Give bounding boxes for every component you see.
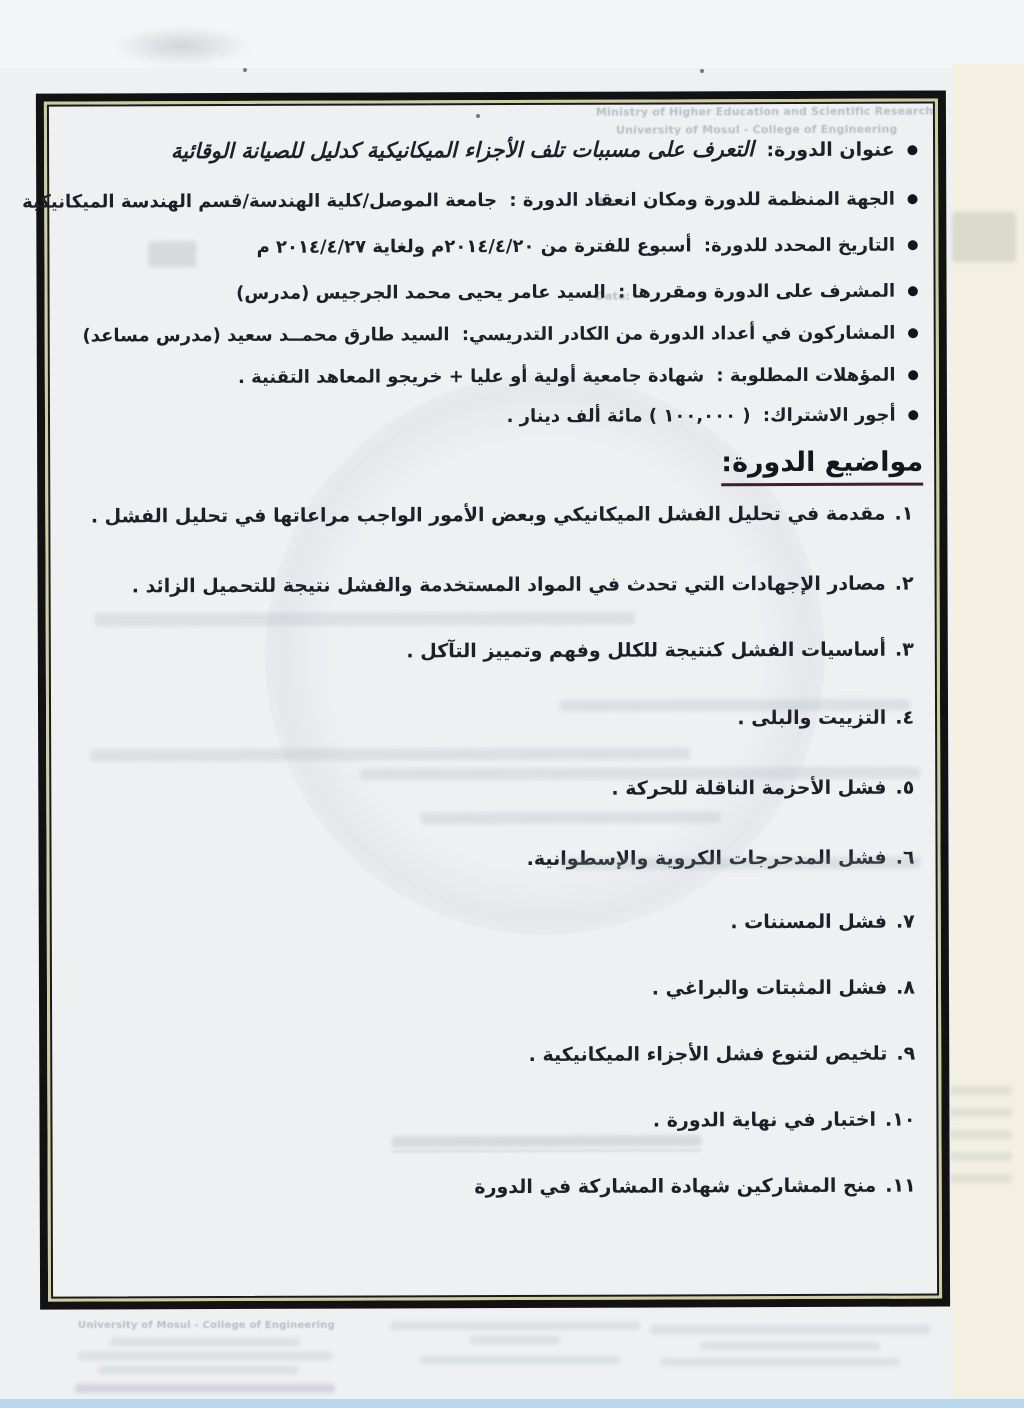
margin-check-row xyxy=(950,1174,1012,1183)
scan-edge-bottom xyxy=(0,1399,1024,1408)
bullet-label: المشرف على الدورة ومقررها : xyxy=(618,281,895,303)
bullet-icon: ● xyxy=(907,284,918,299)
topic-text: اختبار في نهاية الدورة . xyxy=(653,1109,876,1132)
topic-item: ٧.فشل المسننات . xyxy=(69,911,915,936)
bleedthrough-smudge xyxy=(390,1322,640,1330)
bullet-text: السيد عامر يحيى محمد الجرجيس (مدرس) xyxy=(236,282,606,304)
bullet-item-supervisor: ●المشرف على الدورة ومقررها : السيد عامر … xyxy=(67,281,919,305)
topic-text: فشل الأحزمة الناقلة للحركة . xyxy=(611,777,886,800)
bullet-label: المشاركون في أعداد الدورة من الكادر التد… xyxy=(462,323,896,346)
topic-number: ١٠. xyxy=(885,1109,915,1131)
scanned-document-page: Ministry of Higher Education and Scienti… xyxy=(0,0,1024,1408)
bleedthrough-smudge xyxy=(392,1135,702,1147)
topic-item: ٢.مصادر الإجهادات التي تحدث في المواد ال… xyxy=(68,573,914,598)
topic-number: ٢. xyxy=(895,573,914,595)
topic-number: ٣. xyxy=(895,639,914,661)
bleedthrough-digits-row xyxy=(75,1384,335,1393)
topic-number: ١١. xyxy=(885,1175,915,1197)
bleedthrough-smudge xyxy=(90,747,690,761)
bullet-icon: ● xyxy=(908,408,919,423)
bleedthrough-smudge xyxy=(420,1356,620,1364)
topic-number: ٥. xyxy=(895,777,914,799)
topic-item: ١١.منح المشاركين شهادة المشاركة في الدور… xyxy=(70,1175,916,1200)
bullet-label: الجهة المنظمة للدورة ومكان انعقاد الدورة… xyxy=(509,189,895,211)
topic-item: ١.مقدمة في تحليل الفشل الميكانيكي وبعض ا… xyxy=(67,503,913,528)
margin-scribble xyxy=(952,212,1016,262)
bleedthrough-smudge xyxy=(650,1325,930,1334)
bleedthrough-smudge xyxy=(561,857,921,870)
topic-number: ١. xyxy=(894,503,913,525)
course-title-text: التعرف على مسببات تلف الأجزاء الميكانيكي… xyxy=(171,137,754,163)
bleedthrough-university-line: University of Mosul - College of Enginee… xyxy=(616,123,898,137)
bullet-icon: ● xyxy=(907,192,918,207)
bullet-icon: ● xyxy=(907,238,918,253)
bullet-label: التاريخ المحدد للدورة: xyxy=(704,235,895,257)
topic-item: ٥.فشل الأحزمة الناقلة للحركة . xyxy=(68,777,914,802)
topic-item: ٣.أساسيات الفشل كنتيجة للكلل وفهم وتمييز… xyxy=(68,639,914,664)
margin-check-row xyxy=(950,1152,1012,1161)
bleedthrough-smudge xyxy=(470,1336,560,1344)
bleedthrough-smudge xyxy=(98,1366,298,1374)
margin-check-row xyxy=(950,1130,1012,1139)
topic-text: منح المشاركين شهادة المشاركة في الدورة xyxy=(474,1175,876,1198)
bleedthrough-smudge xyxy=(420,811,720,824)
bullet-item-organizer: ●الجهة المنظمة للدورة ومكان انعقاد الدور… xyxy=(66,189,918,213)
topic-item: ٩.تلخيص لتنوع فشل الأجزاء الميكانيكية . xyxy=(69,1043,915,1068)
topic-text: أساسيات الفشل كنتيجة للكلل وفهم وتمييز ا… xyxy=(406,639,886,663)
bullet-item-qualifications: ●المؤهلات المطلوبة : شهادة جامعية أولية … xyxy=(67,365,919,389)
bullet-item-course-title: ●عنوان الدورة: التعرف على مسببات تلف الأ… xyxy=(66,137,918,164)
bullet-text: شهادة جامعية أولية أو عليا + خريجو المعا… xyxy=(238,365,704,388)
bleedthrough-ministry-line: Ministry of Higher Education and Scienti… xyxy=(596,105,934,119)
bullet-label: أجور الاشتراك: xyxy=(763,405,896,426)
topic-text: مقدمة في تحليل الفشل الميكانيكي وبعض الأ… xyxy=(91,503,886,528)
topic-number: ٩. xyxy=(896,1043,915,1065)
bleedthrough-smudge xyxy=(700,1342,880,1350)
margin-check-row xyxy=(950,1108,1012,1117)
bullet-item-fees: ●أجور الاشتراك: ( ١٠٠,٠٠٠ ) مائة ألف دين… xyxy=(67,405,919,429)
pencil-scribble xyxy=(148,241,196,267)
bleedthrough-smudge xyxy=(110,1338,300,1346)
bullet-icon: ● xyxy=(907,368,918,383)
bullet-text: السيد طارق محمــد سعيد (مدرس مساعد) xyxy=(82,324,449,346)
bullet-text: أسبوع للفترة من ٢٠١٤/٤/٢٠م ولغاية ٢٠١٤/٤… xyxy=(257,235,692,258)
bleedthrough-smudge xyxy=(660,1358,900,1366)
bleedthrough-bottom-university-line: University of Mosul - College of Enginee… xyxy=(78,1320,335,1331)
bleedthrough-smudge xyxy=(560,699,910,712)
bleedthrough-smudge xyxy=(78,1352,333,1360)
topic-number: ٨. xyxy=(896,977,915,999)
bleedthrough-smudge xyxy=(95,612,635,627)
topic-number: ٧. xyxy=(896,911,915,933)
bullet-text: ( ١٠٠,٠٠٠ ) مائة ألف دينار . xyxy=(507,405,751,427)
topic-text: فشل المثبتات والبراغي . xyxy=(652,977,887,1000)
topic-text: تلخيص لتنوع فشل الأجزاء الميكانيكية . xyxy=(529,1043,888,1066)
bullet-icon: ● xyxy=(907,326,918,341)
bullet-icon: ● xyxy=(907,143,918,158)
topic-item: ٨.فشل المثبتات والبراغي . xyxy=(69,977,915,1002)
document-sheet: Ministry of Higher Education and Scienti… xyxy=(0,0,1024,1408)
topic-text: مصادر الإجهادات التي تحدث في المواد المس… xyxy=(132,573,886,598)
topic-item: ١٠.اختبار في نهاية الدورة . xyxy=(69,1109,915,1134)
bleedthrough-smudge xyxy=(360,767,920,781)
bullet-item-participants: ●المشاركون في أعداد الدورة من الكادر الت… xyxy=(67,323,919,347)
bullet-label: عنوان الدورة: xyxy=(766,139,894,161)
topics-heading: مواضيع الدورة: xyxy=(721,447,923,487)
bullet-label: المؤهلات المطلوبة : xyxy=(716,365,895,387)
bullet-text: جامعة الموصل/كلية الهندسة/قسم الهندسة ال… xyxy=(22,190,497,213)
margin-check-row xyxy=(950,1086,1012,1095)
topic-text: فشل المسننات . xyxy=(730,911,887,934)
